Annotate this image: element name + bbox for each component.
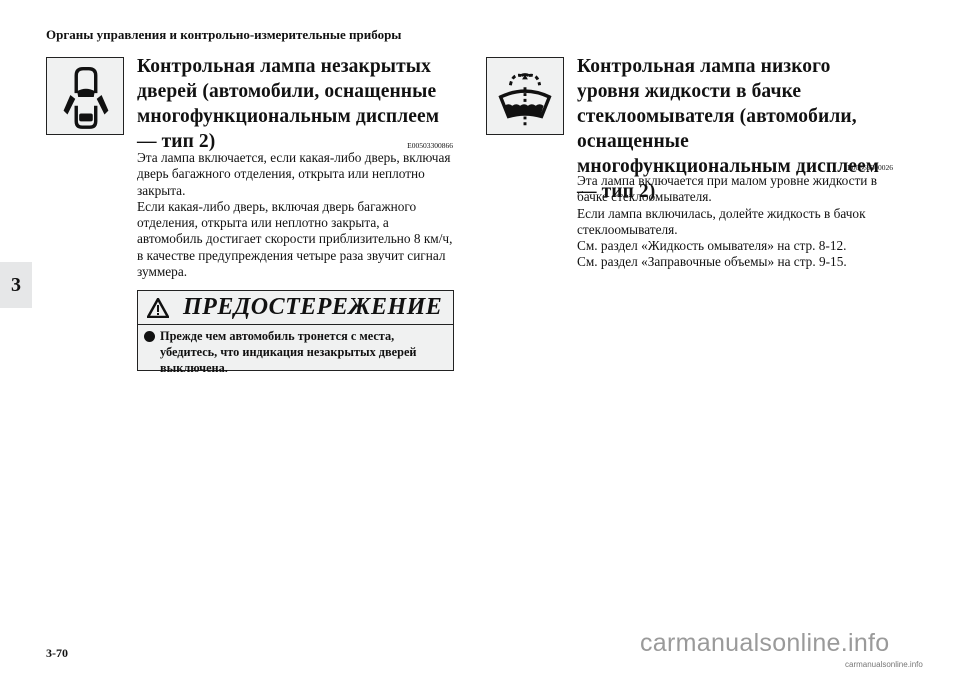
left-paragraph: Если какая-либо дверь, включая дверь баг… (137, 199, 455, 280)
left-paragraph: Эта лампа включается, если какая-либо дв… (137, 150, 455, 199)
right-section-code: E00569300026 (820, 163, 893, 172)
watermark[interactable]: carmanualsonline.info (640, 629, 890, 658)
watermark-small: carmanualsonline.info (845, 660, 923, 669)
right-paragraph: Если лампа включилась, долейте жидкость … (577, 206, 895, 239)
right-paragraph: См. раздел «Жидкость омывателя» на стр. … (577, 238, 895, 254)
right-paragraph: Эта лампа включается при малом уровне жи… (577, 173, 895, 206)
washer-fluid-low-icon (486, 57, 564, 135)
warning-text: Прежде чем автомобиль тронется с места, … (160, 328, 447, 376)
warning-triangle-icon (147, 298, 169, 318)
right-section-body: Эта лампа включается при малом уровне жи… (577, 173, 895, 271)
left-section-body: Эта лампа включается, если какая-либо дв… (137, 150, 455, 280)
running-header: Органы управления и контрольно-измерител… (46, 27, 401, 43)
chapter-tab: 3 (0, 262, 32, 308)
bullet-icon (144, 331, 155, 342)
left-section-title: Контрольная лампа незакрытых дверей (авт… (137, 54, 457, 154)
page-number: 3-70 (46, 646, 68, 661)
warning-title: ПРЕДОСТЕРЕЖЕНИЕ (183, 294, 442, 321)
left-section-code: E00503300866 (380, 141, 453, 150)
warning-item: Прежде чем автомобиль тронется с места, … (138, 325, 453, 376)
right-paragraph: См. раздел «Заправочные объемы» на стр. … (577, 254, 895, 270)
warning-header: ПРЕДОСТЕРЕЖЕНИЕ (138, 291, 453, 325)
door-ajar-warning-icon (46, 57, 124, 135)
warning-box: ПРЕДОСТЕРЕЖЕНИЕ Прежде чем автомобиль тр… (137, 290, 454, 371)
